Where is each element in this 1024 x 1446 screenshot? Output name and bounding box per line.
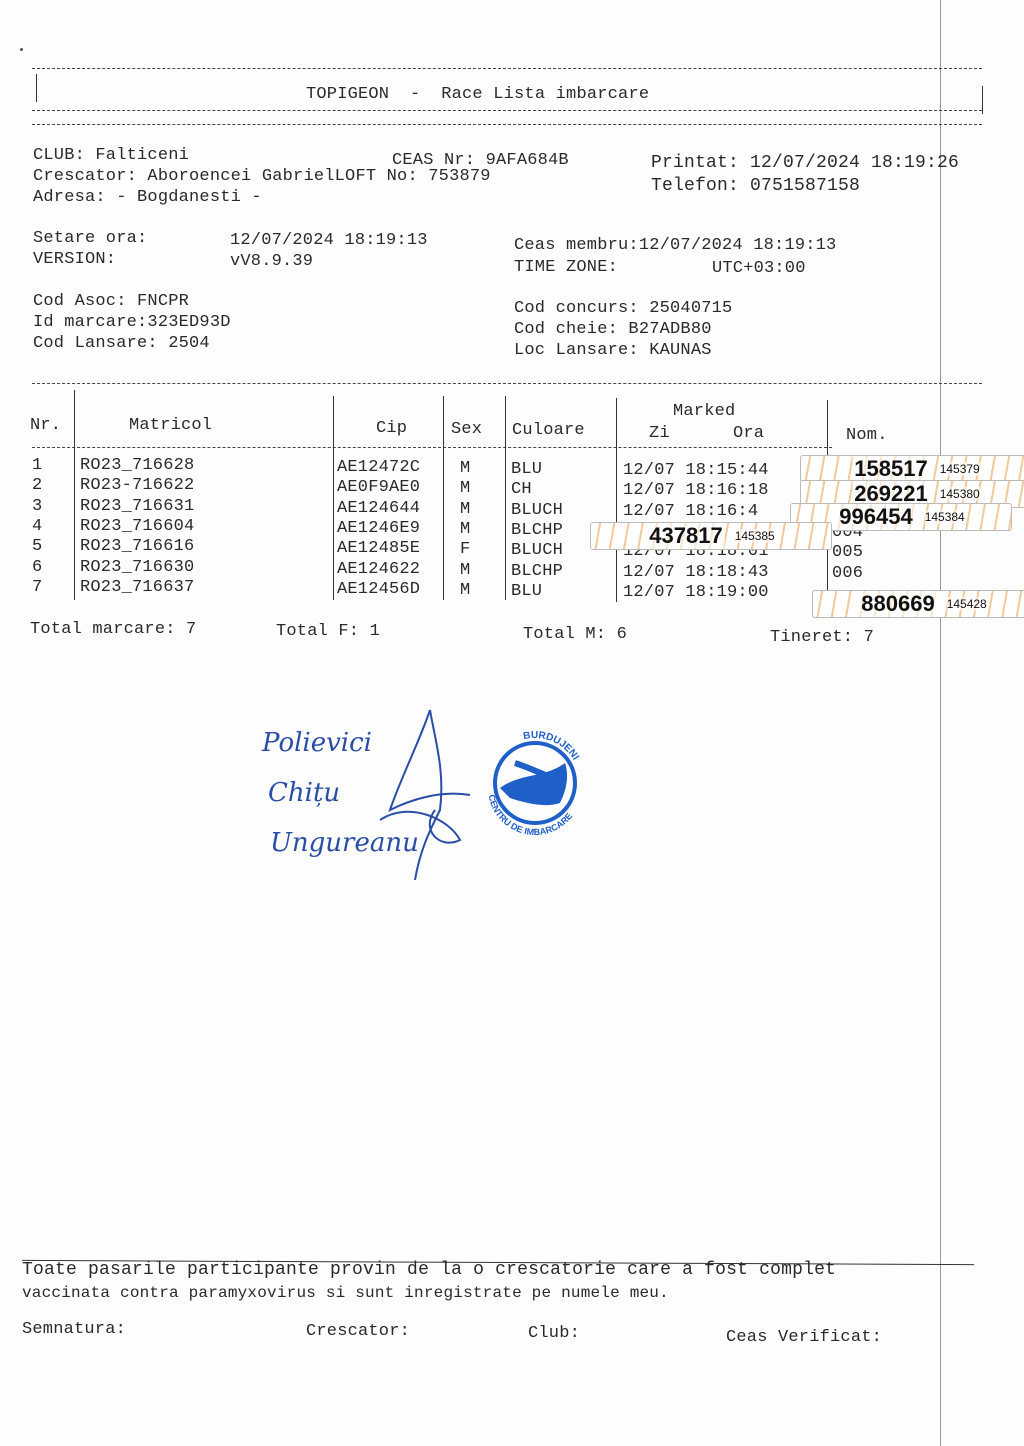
cell-culoare: CH [511,480,532,500]
cell-cip: AE1246E9 [337,519,420,539]
cell-nr: 5 [32,537,42,557]
cell-matricol: RO23-716622 [80,476,194,496]
header-marked: Marked [673,402,735,422]
cell-marked: 12/07 18:16:18 [623,481,769,501]
cell-marked: 12/07 18:19:00 [623,583,769,603]
sticker-serial: 145379 [940,462,980,476]
cell-matricol: RO23_716631 [80,497,194,517]
scan-fold-line [940,0,941,1446]
cell-cip: AE124622 [337,560,420,580]
time-zone-label: TIME ZONE: [514,258,618,278]
telefon: Telefon: 0751587158 [651,176,860,196]
cell-sex: M [460,581,470,601]
cell-matricol: RO23_716616 [80,537,194,557]
cell-nr: 7 [32,578,42,598]
total-m: Total M: 6 [523,625,627,645]
cell-marked: 12/07 18:16:4 [623,502,758,522]
label-club: Club: [528,1324,580,1344]
cell-matricol: RO23_716604 [80,517,194,537]
sticker-serial: 145380 [940,487,980,501]
tineret: Tineret: 7 [770,628,874,648]
time-zone-value: UTC+03:00 [712,259,806,279]
sticker-number: 437817 [647,523,724,549]
cell-sex: M [460,479,470,499]
cell-nr: 3 [32,497,42,517]
cell-cip: AE12472C [337,458,420,478]
loc-lansare: Loc Lansare: KAUNAS [514,341,712,361]
total-marcare: Total marcare: 7 [30,620,196,640]
club-stamp-icon: BURDUJENI CENTRU DE IMBARCARE [470,718,600,848]
cell-nr: 1 [32,456,42,476]
setare-ora-label: Setare ora: [33,229,147,249]
cod-lansare: Cod Lansare: 2504 [33,334,210,354]
cell-sex: M [460,500,470,520]
cod-concurs: Cod concurs: 25040715 [514,299,732,319]
header-matricol: Matricol [129,416,212,436]
sticker-number: 158517 [852,456,929,482]
cell-cip: AE124644 [337,499,420,519]
cell-culoare: BLU [511,582,542,602]
title-top-border [32,68,982,69]
cell-marked: 12/07 18:18:43 [623,563,769,583]
label-ceas-verificat: Ceas Verificat: [726,1328,882,1348]
version-value: vV8.9.39 [230,252,313,272]
col-sep [74,390,75,600]
col-sep [616,398,617,602]
cell-nr: 2 [32,476,42,496]
col-sep [333,396,334,600]
barcode-sticker: 437817145385 [590,522,832,550]
cell-marked: 12/07 18:15:44 [623,461,769,481]
sticker-number: 880669 [859,591,936,617]
sticker-serial: 145428 [947,597,987,611]
header-culoare: Culoare [512,421,585,441]
cod-asoc: Cod Asoc: FNCPR [33,292,189,312]
id-marcare: Id marcare:323ED93D [33,313,231,333]
page-title: TOPIGEON - Race Lista imbarcare [306,85,649,105]
cell-sex: M [460,520,470,540]
header-nr: Nr. [30,416,61,436]
cell-culoare: BLCHP [511,562,563,582]
cell-nr: 4 [32,517,42,537]
barcode-sticker: 880669145428 [812,590,1024,618]
cell-sex: M [460,459,470,479]
adresa: Adresa: - Bogdanesti - [33,188,262,208]
cell-nr: 6 [32,558,42,578]
cell-culoare: BLUCH [511,501,563,521]
cell-matricol: RO23_716628 [80,456,194,476]
handwritten-name-2: Chițu [268,778,340,808]
barcode-sticker: 158517145379 [800,455,1024,483]
cell-matricol: RO23_716637 [80,578,194,598]
title-right-border [982,86,983,114]
club: CLUB: Falticeni [33,146,189,166]
sticker-serial: 145385 [735,529,775,543]
version-label: VERSION: [33,250,116,270]
table-top-border [32,383,982,384]
cell-culoare: BLUCH [511,541,563,561]
header-ora: Ora [733,424,764,444]
crescator: Crescator: Aboroencei GabrielLOFT No: 75… [33,167,491,187]
header-sex: Sex [451,420,482,440]
title-left-border [36,74,37,102]
cell-nom: 006 [832,564,863,584]
col-sep [505,396,506,600]
header-cip: Cip [376,419,407,439]
cell-sex: M [460,561,470,581]
cell-cip: AE12485E [337,539,420,559]
footer-statement-1: Toate pasarile participante provin de la… [22,1260,836,1280]
cell-culoare: BLCHP [511,521,563,541]
cod-cheie: Cod cheie: B27ADB80 [514,320,712,340]
cell-culoare: BLU [511,460,542,480]
cell-nom: 005 [832,543,863,563]
cell-sex: F [460,540,470,560]
sticker-serial: 145384 [925,510,965,524]
printat: Printat: 12/07/2024 18:19:26 [651,153,959,173]
scan-speck [20,48,23,51]
cell-matricol: RO23_716630 [80,558,194,578]
title-bottom-border-2 [32,124,982,125]
footer-statement-2: vaccinata contra paramyxovirus si sunt i… [22,1283,669,1303]
label-crescator: Crescator: [306,1322,410,1342]
handwritten-name-1: Polievici [262,728,372,758]
col-sep [443,396,444,600]
cell-cip: AE0F9AE0 [337,478,420,498]
label-semnatura: Semnatura: [22,1320,126,1340]
total-f: Total F: 1 [276,622,380,642]
ceas-membru: Ceas membru:12/07/2024 18:19:13 [514,236,836,256]
sticker-number: 996454 [837,504,914,530]
header-zi: Zi [649,424,670,444]
setare-ora-value: 12/07/2024 18:19:13 [230,231,428,251]
table-header-border [32,447,832,448]
header-nom: Nom. [846,426,888,446]
title-bottom-border [32,110,982,111]
cell-cip: AE12456D [337,580,420,600]
